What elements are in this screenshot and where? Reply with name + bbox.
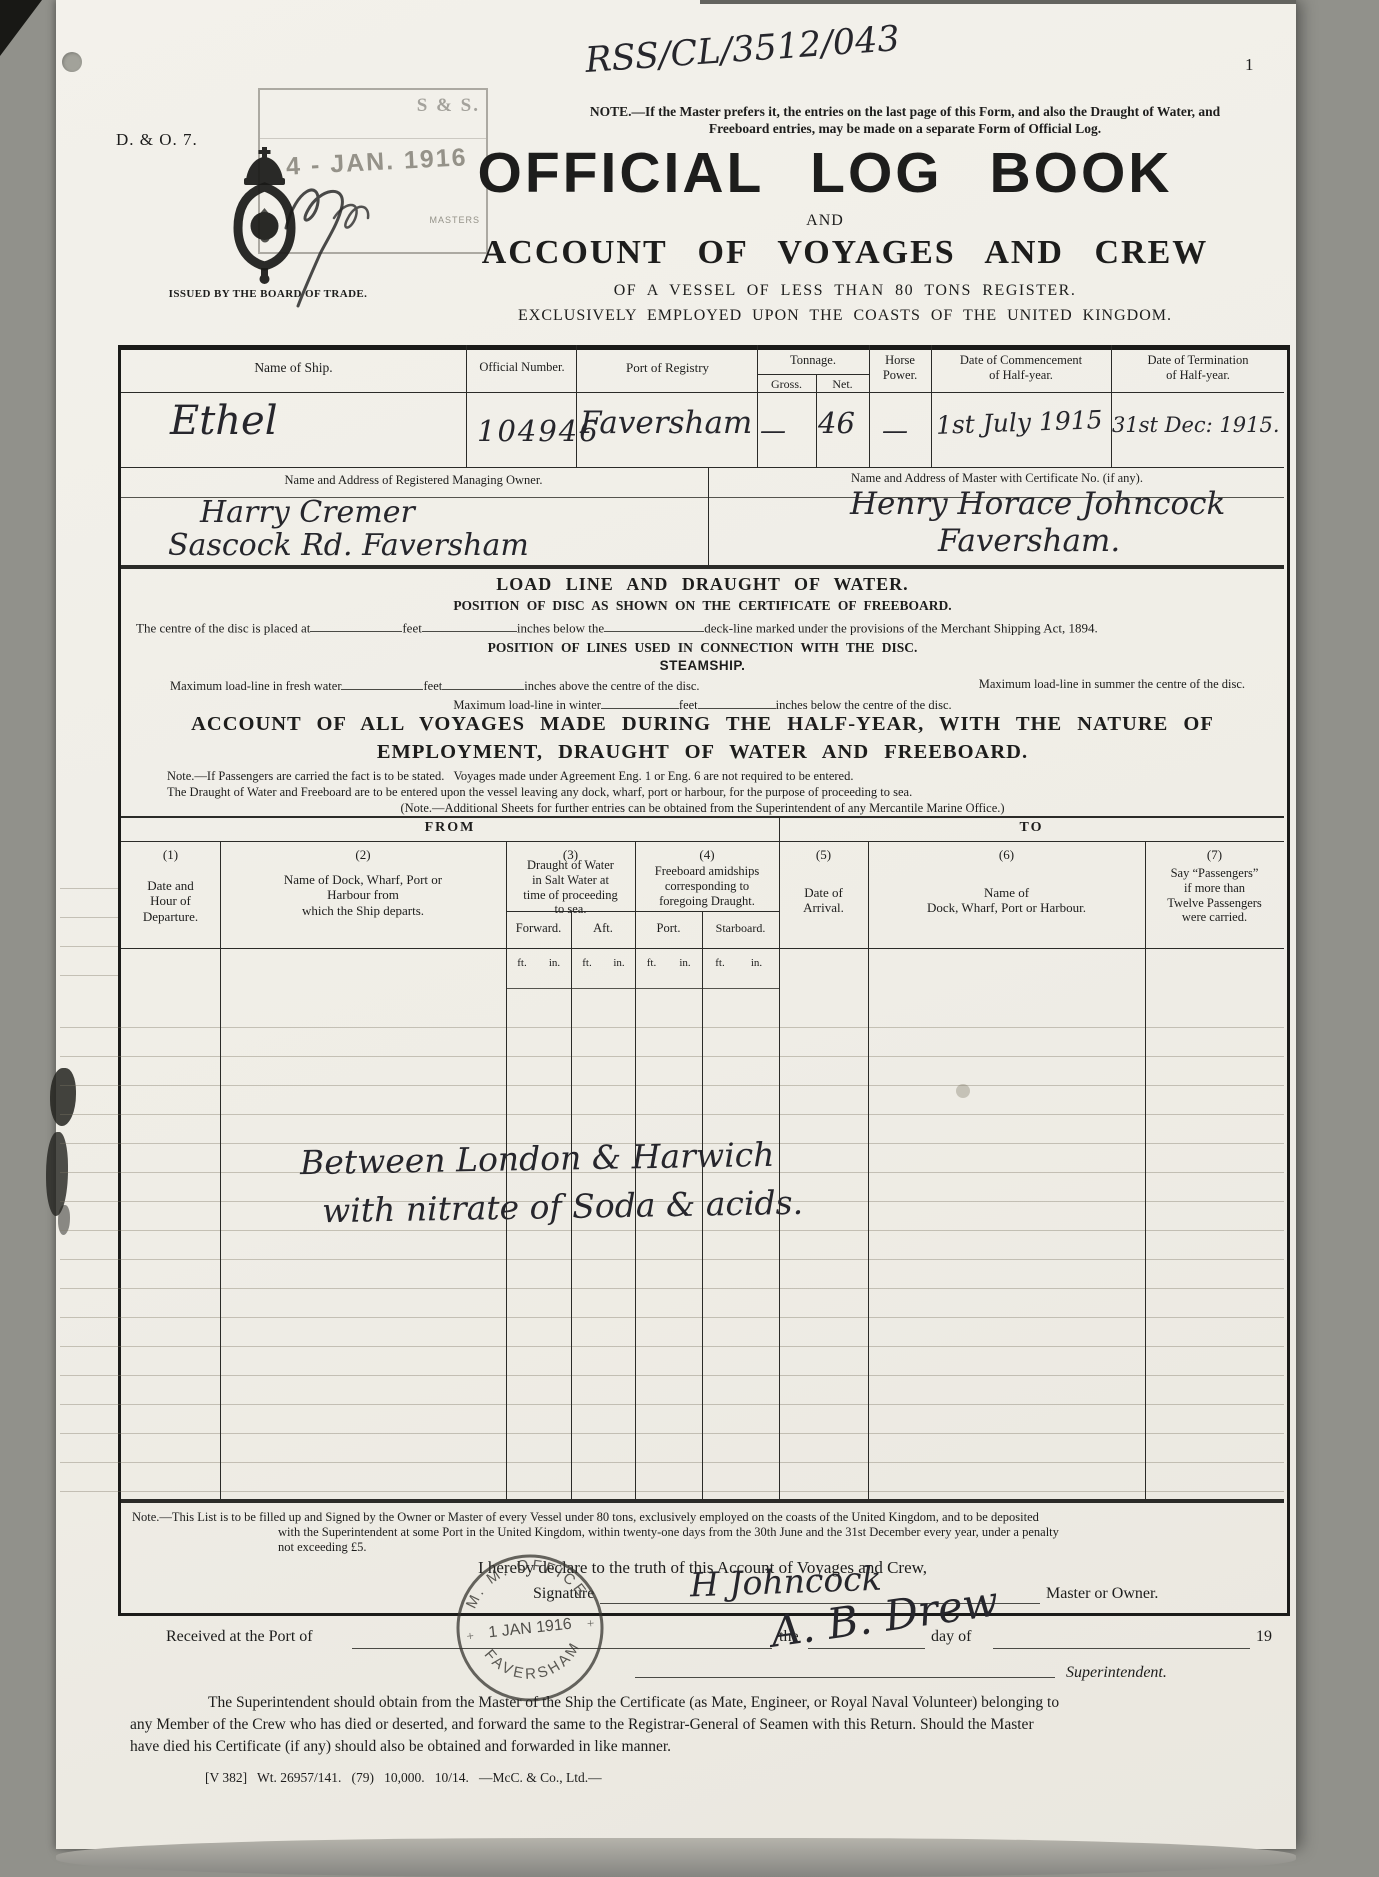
line bbox=[576, 345, 577, 467]
col7-label: Say “Passengers” if more than Twelve Pas… bbox=[1147, 866, 1282, 925]
ft-label: ft. bbox=[635, 957, 668, 970]
steamship-heading: STEAMSHIP. bbox=[121, 658, 1284, 674]
scan-corner-artifact bbox=[0, 0, 42, 56]
line bbox=[779, 816, 780, 1501]
fresh-text-a: Maximum load-line in fresh water bbox=[170, 679, 341, 693]
line bbox=[121, 841, 1284, 842]
received-at-port-label: Received at the Port of bbox=[166, 1628, 313, 1647]
owner-name-handwritten: Harry Cremer bbox=[200, 495, 415, 530]
thick-line bbox=[121, 1499, 1284, 1503]
value-termination: 31st Dec: 1915. bbox=[1112, 413, 1280, 438]
line bbox=[220, 841, 221, 1501]
blank-line bbox=[604, 619, 704, 632]
line bbox=[708, 467, 709, 565]
col4-number: (4) bbox=[635, 847, 779, 862]
value-commencement: 1st July 1915 bbox=[936, 405, 1103, 440]
col2-number: (2) bbox=[220, 847, 506, 862]
vessel-line2: EXCLUSIVELY EMPLOYED UPON THE COASTS OF … bbox=[430, 307, 1260, 326]
in-label: in. bbox=[603, 957, 635, 970]
col-net: Net. bbox=[816, 377, 869, 391]
form-subtitle: ACCOUNT OF VOYAGES AND CREW bbox=[460, 233, 1230, 273]
scan-bottom-shadow bbox=[56, 1838, 1296, 1877]
month-blank-line bbox=[993, 1648, 1250, 1649]
ft-label: ft. bbox=[571, 957, 603, 970]
col5-label: Date of Arrival. bbox=[781, 885, 866, 916]
in-label: in. bbox=[668, 957, 702, 970]
fresh-text-b: feet bbox=[423, 679, 442, 693]
col4-sub-starboard: Starboard. bbox=[702, 921, 779, 935]
year-prefix: 19 bbox=[1256, 1628, 1272, 1647]
col3-sub-aft: Aft. bbox=[571, 921, 635, 936]
col-tonnage: Tonnage. bbox=[757, 353, 869, 368]
fresh-text-c: inches above the centre of the disc. bbox=[524, 679, 699, 693]
account-note1: Note.—If Passengers are carried the fact… bbox=[167, 769, 853, 784]
line bbox=[121, 816, 1284, 818]
ft-label: ft. bbox=[506, 957, 538, 970]
declaration-note-line2: with the Superintendent at some Port in … bbox=[278, 1525, 1059, 1540]
value-horse-power: — bbox=[882, 416, 908, 447]
closing-para-line1: The Superintendent should obtain from th… bbox=[208, 1694, 1059, 1712]
blank-line bbox=[698, 696, 776, 709]
from-header: FROM bbox=[121, 820, 779, 837]
printer-imprint: [V 382] Wt. 26957/141. (79) 10,000. 10/1… bbox=[205, 1770, 602, 1786]
stamp-cross-right: + bbox=[586, 1615, 595, 1631]
stamp-inner-line bbox=[260, 138, 486, 139]
account-note2: The Draught of Water and Freeboard are t… bbox=[167, 785, 912, 800]
blank-line bbox=[422, 619, 517, 632]
account-heading-line1: ACCOUNT OF ALL VOYAGES MADE DURING THE H… bbox=[121, 712, 1284, 736]
declaration-note-line3: not exceeding £5. bbox=[278, 1540, 367, 1555]
form-code: D. & O. 7. bbox=[116, 130, 198, 150]
blank-line bbox=[310, 619, 402, 632]
superintendent-line bbox=[635, 1677, 1055, 1678]
svg-text:FAVERSHAM: FAVERSHAM bbox=[480, 1637, 588, 1688]
stamp-date-center-text: 1 JAN 1916 bbox=[488, 1616, 573, 1642]
col1-label: Date and Hour of Departure. bbox=[123, 878, 218, 924]
svg-text:M. M. OFFICE: M. M. OFFICE bbox=[459, 1551, 592, 1613]
centre-text-c: inches below the bbox=[517, 620, 604, 635]
line bbox=[757, 374, 869, 375]
closing-para-line3: have died his Certificate (if any) shoul… bbox=[130, 1738, 671, 1756]
centre-text-b: feet bbox=[402, 620, 421, 635]
value-port: Faversham bbox=[580, 405, 752, 442]
issued-by-caption: ISSUED BY THE BOARD OF TRADE. bbox=[162, 288, 374, 301]
form-title: OFFICIAL LOG BOOK bbox=[470, 140, 1180, 207]
col2-label: Name of Dock, Wharf, Port or Harbour fro… bbox=[222, 872, 504, 918]
blank-line bbox=[601, 696, 679, 709]
in-label: in. bbox=[538, 957, 571, 970]
master-name-handwritten: Henry Horace Johncock bbox=[850, 486, 1225, 523]
line bbox=[466, 345, 467, 467]
line bbox=[1145, 841, 1146, 1501]
col6-label: Name of Dock, Wharf, Port or Harbour. bbox=[870, 885, 1143, 916]
line bbox=[506, 988, 779, 989]
ruled-margin-lines bbox=[60, 860, 118, 999]
winter-text-a: Maximum load-line in winter bbox=[453, 698, 601, 712]
col3-sub-forward: Forward. bbox=[506, 921, 571, 936]
col-date-commencement: Date of Commencement of Half-year. bbox=[933, 353, 1109, 383]
in-label: in. bbox=[738, 957, 775, 970]
value-net: 46 bbox=[818, 406, 855, 440]
blank-line bbox=[341, 677, 423, 690]
page-number: 1 bbox=[1245, 55, 1254, 75]
col-official-number: Official Number. bbox=[468, 360, 576, 375]
mm-office-round-stamp: M. M. OFFICE FAVERSHAM 1 JAN 1916 + + bbox=[444, 1542, 615, 1713]
position-disc-heading: POSITION OF DISC AS SHOWN ON THE CERTIFI… bbox=[121, 598, 1284, 614]
winter-text-b: feet bbox=[679, 698, 698, 712]
col-gross: Gross. bbox=[757, 377, 816, 391]
fresh-water-row: Maximum load-line in fresh waterfeetinch… bbox=[170, 677, 1245, 694]
master-or-owner-label: Master or Owner. bbox=[1046, 1585, 1158, 1604]
owner-address-handwritten: Sascock Rd. Faversham bbox=[168, 528, 529, 563]
stamp-bottom-arc-text: FAVERSHAM bbox=[480, 1637, 588, 1688]
line bbox=[121, 467, 1284, 468]
col3-label: Draught of Water in Salt Water at time o… bbox=[508, 858, 633, 917]
fresh-sentence: Maximum load-line in fresh waterfeetinch… bbox=[170, 677, 700, 694]
position-lines-heading: POSITION OF LINES USED IN CONNECTION WIT… bbox=[121, 640, 1284, 656]
thick-line bbox=[121, 565, 1284, 569]
ft-label: ft. bbox=[702, 957, 738, 970]
col-port-of-registry: Port of Registry bbox=[578, 360, 757, 375]
declaration-note-line1: Note.—This List is to be filled up and S… bbox=[132, 1510, 1039, 1525]
account-heading-line2: EMPLOYMENT, DRAUGHT OF WATER AND FREEBOA… bbox=[121, 740, 1284, 764]
line bbox=[1111, 345, 1112, 467]
superintendent-label: Superintendent. bbox=[1066, 1664, 1167, 1683]
line bbox=[121, 392, 1284, 393]
col4-label: Freeboard amidships corresponding to for… bbox=[637, 864, 777, 908]
col-horse-power: Horse Power. bbox=[869, 353, 931, 383]
value-ship-name: Ethel bbox=[170, 398, 278, 445]
closing-para-line2: any Member of the Crew who has died or d… bbox=[130, 1716, 1034, 1734]
owner-label: Name and Address of Registered Managing … bbox=[121, 473, 706, 488]
col-name-of-ship: Name of Ship. bbox=[121, 360, 466, 376]
scan-top-edge-artifact bbox=[700, 0, 1296, 4]
form-title-and: AND bbox=[470, 212, 1180, 231]
col5-number: (5) bbox=[779, 847, 868, 862]
value-gross: — bbox=[760, 416, 786, 447]
col4-sub-port: Port. bbox=[635, 921, 702, 936]
centre-disc-sentence: The centre of the disc is placed atfeeti… bbox=[136, 619, 1098, 636]
winter-row: Maximum load-line in winterfeetinches be… bbox=[121, 696, 1284, 713]
master-address-handwritten: Faversham. bbox=[938, 523, 1120, 560]
ruled-body-lines bbox=[60, 999, 1284, 1497]
account-note3: (Note.—Additional Sheets for further ent… bbox=[121, 801, 1284, 816]
punch-hole-mark bbox=[62, 52, 82, 72]
line bbox=[931, 345, 932, 467]
voyage-entry-line1: Between London & Harwich bbox=[300, 1136, 775, 1183]
blank-line bbox=[442, 677, 524, 690]
stamp-top-arc-text: M. M. OFFICE bbox=[459, 1551, 592, 1613]
summer-sentence: Maximum load-line in summer the centre o… bbox=[979, 677, 1245, 694]
col7-number: (7) bbox=[1145, 847, 1284, 862]
load-line-title: LOAD LINE AND DRAUGHT OF WATER. bbox=[121, 574, 1284, 595]
centre-text-d: deck-line marked under the provisions of… bbox=[704, 620, 1098, 635]
master-label: Name and Address of Master with Certific… bbox=[710, 471, 1284, 486]
vessel-line1: OF A VESSEL OF LESS THAN 80 TONS REGISTE… bbox=[460, 282, 1230, 301]
col-date-termination: Date of Termination of Half-year. bbox=[1113, 353, 1283, 383]
centre-text-a: The centre of the disc is placed at bbox=[136, 620, 310, 635]
col1-number: (1) bbox=[121, 847, 220, 862]
header-note-line1: NOTE.—If the Master prefers it, the entr… bbox=[555, 104, 1255, 120]
col6-number: (6) bbox=[868, 847, 1145, 862]
to-header: TO bbox=[779, 820, 1284, 837]
winter-text-c: inches below the centre of the disc. bbox=[776, 698, 952, 712]
board-of-trade-crest-icon bbox=[222, 146, 308, 286]
stamp-cross-left: + bbox=[466, 1628, 475, 1644]
line bbox=[868, 841, 869, 1501]
stamp-partial-text: S & S. bbox=[417, 95, 480, 117]
header-note-line2: Freeboard entries, may be made on a sepa… bbox=[555, 121, 1255, 137]
